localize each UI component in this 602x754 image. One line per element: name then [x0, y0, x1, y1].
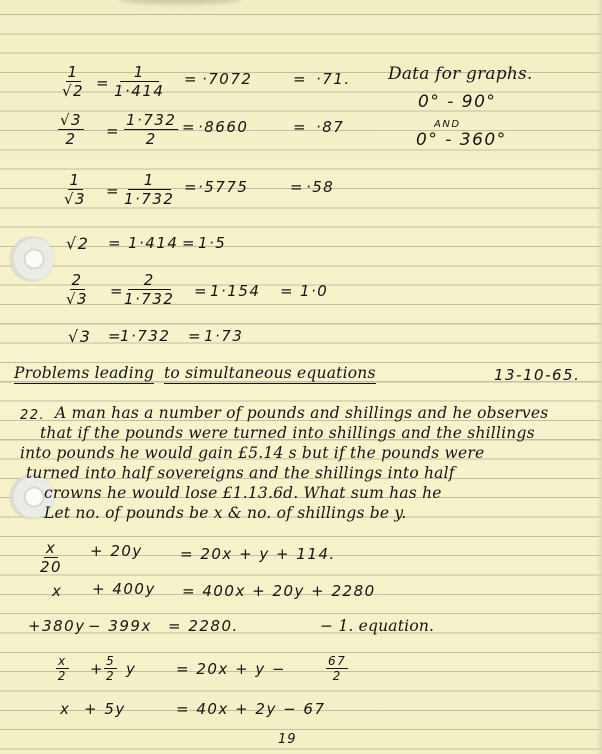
trig-row-6-value: 1·732 — [120, 327, 170, 345]
problem-line-6: Let no. of pounds be x & no. of shilling… — [44, 504, 406, 522]
problem-line-2: that if the pounds were turned into shil… — [40, 424, 535, 442]
equation-4-lhs-y: y — [126, 660, 136, 678]
problem-line-3: into pounds he would gain £5.14 s but if… — [20, 444, 484, 462]
trig-row-5-rounded: 1·0 — [300, 282, 328, 300]
heading-date: 13-10-65. — [494, 366, 580, 384]
side-note-range-1: 0° - 90° — [418, 92, 496, 112]
equation-4-rhs: = 20x + y − — [176, 660, 286, 678]
punch-hole-reinforcement — [10, 237, 54, 281]
trig-row-3-lhs: 1 √3 — [64, 172, 86, 208]
page-shadow — [120, 0, 240, 4]
equation-4-rhs-fraction: 67 2 — [326, 655, 348, 682]
trig-row-1-rounded: ·71. — [316, 70, 351, 88]
trig-row-3-decimal: ·5775 — [198, 178, 248, 196]
trig-row-4-rounded: 1·5 — [198, 234, 226, 252]
side-note-title: Data for graphs. — [388, 64, 533, 84]
equation-5-lhs-x: x — [60, 700, 70, 718]
heading-part-1: Problems leading — [14, 364, 154, 384]
equation-1-lhs-term: + 20y — [90, 542, 143, 560]
side-note-and: AND — [434, 119, 461, 130]
equation-4-lhs-fraction: x 2 — [56, 655, 69, 682]
trig-row-2-decimal: ·8660 — [198, 118, 248, 136]
equation-4-coef-fraction: 5 2 — [104, 655, 117, 682]
trig-row-1-mid: 1 1·414 — [114, 64, 164, 100]
equation-1-rhs: = 20x + y + 114. — [180, 545, 336, 563]
trig-row-2-mid: 1·732 2 — [124, 112, 178, 148]
problem-line-5: crowns he would lose £1.13.6d. What sum … — [44, 484, 442, 502]
equation-2-lhs-term: + 400y — [92, 580, 156, 598]
equation-3-lhs-x: − 399x — [88, 617, 152, 635]
trig-row-5-mid: 2 1·732 — [124, 272, 174, 308]
equation-5-lhs-term: + 5y — [84, 700, 126, 718]
page-number: 19 — [278, 732, 297, 747]
notebook-page: 1 √2 = 1 1·414 = ·7072 = ·71. Data for g… — [0, 0, 602, 754]
equation-3-note: − 1. equation. — [320, 617, 434, 635]
problem-line-4: turned into half sovereigns and the shil… — [26, 464, 455, 482]
problem-line-1: A man has a number of pounds and shillin… — [55, 404, 548, 422]
trig-row-4-lhs: √2 — [66, 234, 89, 253]
trig-row-1-decimal: ·7072 — [202, 70, 252, 88]
trig-row-2-lhs: √3 2 — [58, 112, 84, 148]
equation-3-lhs-y: +380y — [28, 617, 86, 635]
trig-row-6-lhs: √3 — [68, 327, 91, 346]
equation-1-lhs-fraction: x 20 — [40, 540, 62, 576]
heading-part-2: to simultaneous equations — [164, 364, 376, 384]
page-edge — [596, 0, 602, 754]
side-note-range-2: 0° - 360° — [416, 130, 507, 150]
equation-2-rhs: = 400x + 20y + 2280 — [182, 582, 376, 600]
trig-row-3-rounded: ·58 — [306, 178, 334, 196]
trig-row-3-mid: 1 1·732 — [124, 172, 174, 208]
equation-3-rhs: = 2280. — [168, 617, 239, 635]
problem-number: 22. — [20, 408, 45, 423]
trig-row-5-decimal: 1·154 — [210, 282, 260, 300]
trig-row-1-lhs: 1 √2 — [62, 64, 84, 100]
trig-row-6-rounded: 1·73 — [204, 327, 243, 345]
equation-5-rhs: = 40x + 2y − 67 — [176, 700, 326, 718]
trig-row-4-value: 1·414 — [128, 234, 178, 252]
equation-2-lhs-x: x — [52, 582, 62, 600]
trig-row-5-lhs: 2 √3 — [66, 272, 88, 308]
trig-row-2-rounded: ·87 — [316, 118, 344, 136]
